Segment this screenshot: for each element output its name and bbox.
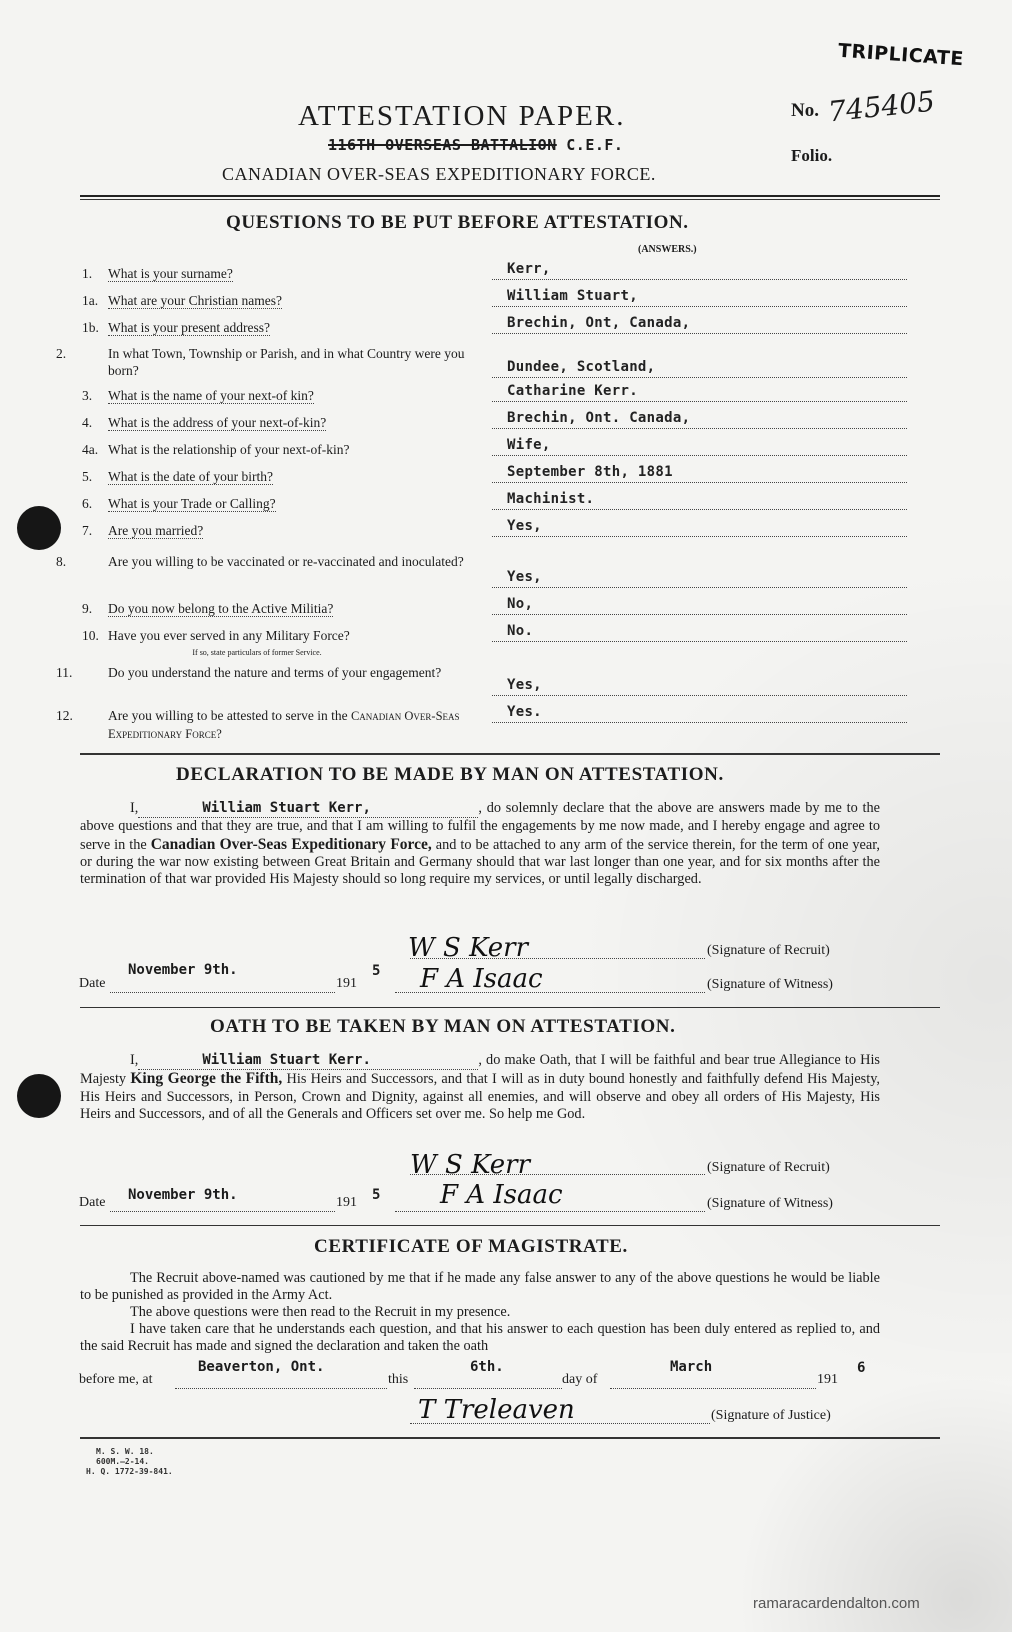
question-1b: 1b.What is your present address? [82, 319, 472, 336]
justice-signature-label: (Signature of Justice) [711, 1408, 831, 1424]
question-7: 7.Are you married? [82, 522, 472, 539]
day-of-label: day of [562, 1372, 597, 1388]
magistrate-para-3: I have taken care that he understands ea… [80, 1321, 880, 1356]
triplicate-stamp: TRIPLICATE [837, 40, 964, 71]
year-suffix: 5 [372, 963, 380, 979]
divider [80, 199, 940, 200]
document-title: ATTESTATION PAPER. [298, 100, 625, 133]
signature-line [410, 1154, 705, 1175]
question-3: 3.What is the name of your next-of kin? [82, 387, 472, 404]
question-1a: 1a.What are your Christian names? [82, 292, 472, 309]
oath-text: I,William Stuart Kerr., do make Oath, th… [80, 1052, 880, 1123]
answer-1: Kerr, [492, 257, 907, 280]
watermark: ramaracardendalton.com [753, 1595, 920, 1612]
year-prefix: 191 [336, 976, 357, 992]
divider [80, 195, 940, 197]
answers-heading: (ANSWERS.) [638, 244, 697, 255]
question-12: 12.Are you willing to be attested to ser… [82, 707, 472, 743]
year-suffix: 5 [372, 1187, 380, 1203]
year-suffix: 6 [857, 1360, 865, 1376]
magistrate-day: 6th. [470, 1359, 504, 1375]
question-2: 2.In what Town, Township or Parish, and … [82, 345, 472, 379]
question-8: 8.Are you willing to be vaccinated or re… [82, 549, 472, 575]
this-label: this [388, 1372, 408, 1388]
magistrate-heading: CERTIFICATE OF MAGISTRATE. [314, 1236, 628, 1258]
answer-8: Yes, [492, 565, 907, 588]
magistrate-month: March [670, 1359, 712, 1375]
punch-hole [17, 1074, 61, 1118]
signature-line [410, 938, 705, 959]
question-6: 6.What is your Trade or Calling? [82, 495, 472, 512]
question-5: 5.What is the date of your birth? [82, 468, 472, 485]
battalion-line: 116TH OVERSEAS BATTALION C.E.F. [328, 136, 623, 154]
oath-name-field: William Stuart Kerr. [138, 1052, 478, 1070]
form-code-1: M. S. W. 18. [96, 1447, 154, 1456]
answer-12: Yes. [492, 700, 907, 723]
answer-11: Yes, [492, 673, 907, 696]
answer-6: Machinist. [492, 487, 907, 510]
question-4a: 4a.What is the relationship of your next… [82, 441, 472, 458]
witness-signature-label: (Signature of Witness) [707, 977, 833, 993]
divider [80, 1225, 940, 1226]
battalion-suffix: C.E.F. [566, 136, 623, 154]
number-label: No. [791, 100, 819, 122]
divider [80, 1437, 940, 1439]
recruit-signature-label: (Signature of Recruit) [707, 943, 830, 959]
oath-recruit-signature-label: (Signature of Recruit) [707, 1160, 830, 1176]
oath-witness-signature-label: (Signature of Witness) [707, 1196, 833, 1212]
answer-5: September 8th, 1881 [492, 460, 907, 483]
answer-1a: William Stuart, [492, 284, 907, 307]
question-10: 10.Have you ever served in any Military … [82, 627, 472, 661]
answer-9: No, [492, 592, 907, 615]
signature-line [395, 1191, 705, 1212]
signature-line [395, 972, 705, 993]
answer-7: Yes, [492, 514, 907, 537]
magistrate-para-2: The above questions were then read to th… [80, 1304, 880, 1321]
declaration-date-value: November 9th. [128, 962, 238, 978]
attestation-paper-page: TRIPLICATE ATTESTATION PAPER. 116TH OVER… [0, 0, 1012, 1632]
force-name: CANADIAN OVER-SEAS EXPEDITIONARY FORCE. [222, 164, 656, 185]
declaration-heading: DECLARATION TO BE MADE BY MAN ON ATTESTA… [176, 764, 724, 786]
answer-2: Dundee, Scotland, [492, 355, 907, 378]
declaration-name-field: William Stuart Kerr, [138, 800, 478, 818]
question-4: 4.What is the address of your next-of-ki… [82, 414, 472, 431]
question-9: 9.Do you now belong to the Active Militi… [82, 600, 472, 617]
folio-label: Folio. [791, 146, 832, 166]
oath-date-value: November 9th. [128, 1187, 238, 1203]
declaration-date-label: Date [79, 976, 105, 992]
answer-4a: Wife, [492, 433, 907, 456]
magistrate-place: Beaverton, Ont. [198, 1359, 324, 1375]
question-11: 11.Do you understand the nature and term… [82, 664, 472, 681]
question-10-note: If so, state particulars of former Servi… [42, 644, 472, 661]
signature-line [410, 1403, 710, 1424]
divider [80, 1007, 940, 1008]
regimental-number: 745405 [827, 85, 937, 129]
form-code-2: 600M.—2-14. [96, 1457, 149, 1466]
questions-heading: QUESTIONS TO BE PUT BEFORE ATTESTATION. [226, 212, 689, 234]
magistrate-para-1: The Recruit above-named was cautioned by… [80, 1270, 880, 1305]
year-prefix: 191 [817, 1372, 838, 1388]
declaration-text: I,William Stuart Kerr,, do solemnly decl… [80, 800, 880, 888]
question-1: 1.What is your surname? [82, 265, 472, 282]
oath-date-label: Date [79, 1195, 105, 1211]
before-me-label: before me, at [79, 1372, 152, 1388]
punch-hole [17, 506, 61, 550]
month-line [610, 1368, 816, 1389]
oath-heading: OATH TO BE TAKEN BY MAN ON ATTESTATION. [210, 1016, 675, 1038]
battalion-struck-text: 116TH OVERSEAS BATTALION [328, 136, 557, 154]
answer-4: Brechin, Ont. Canada, [492, 406, 907, 429]
form-code-3: H. Q. 1772-39-841. [86, 1467, 173, 1476]
answer-3: Catharine Kerr. [492, 379, 907, 402]
divider [80, 753, 940, 755]
year-prefix: 191 [336, 1195, 357, 1211]
answer-10: No. [492, 619, 907, 642]
answer-1b: Brechin, Ont, Canada, [492, 311, 907, 334]
